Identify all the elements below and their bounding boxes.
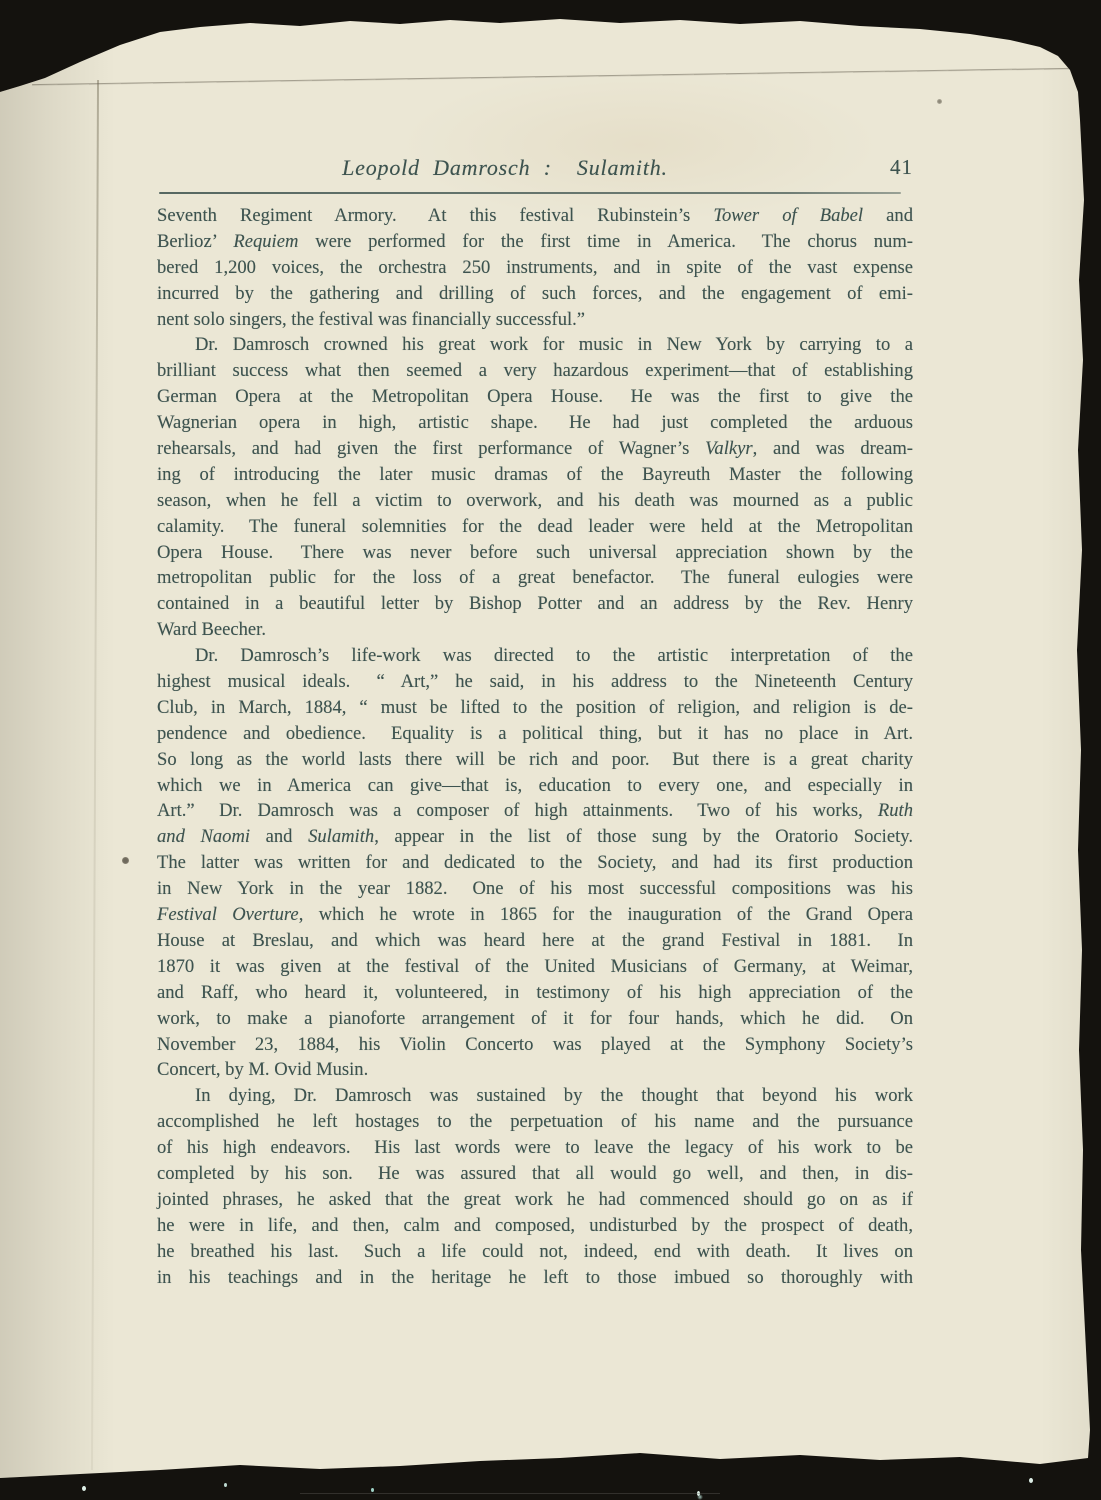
text-line: in New York in the year 1882. One of his… [157,876,913,902]
text-run: metropolitan public for the loss of a gr… [157,567,913,588]
text-line: calamity. The funeral solemnities for th… [157,514,913,540]
text-run: brilliant success what then seemed a ver… [157,360,913,381]
italic-text-run: Sulamith [308,826,374,847]
text-run: work, to make a pianoforte arrangement o… [157,1008,913,1029]
page-number: 41 [890,155,913,180]
text-run: highest musical ideals. “ Art,” he said,… [157,671,913,692]
text-line: incurred by the gathering and drilling o… [157,281,913,307]
text-run: jointed phrases, he asked that the great… [157,1189,913,1210]
text-line: Club, in March, 1884, “ must be lifted t… [157,695,913,721]
italic-text-run: Valkyr [705,438,753,459]
text-line: German Opera at the Metropolitan Opera H… [157,384,913,410]
text-run: calamity. The funeral solemnities for th… [157,516,913,537]
paper-crease [91,80,99,1470]
text-line: Dr. Damrosch’s life-work was directed to… [157,643,913,669]
text-run: Concert, by M. Ovid Musin. [157,1059,368,1080]
text-run: In dying, Dr. Damrosch was sustained by … [195,1085,913,1106]
text-line: which we in America can give—that is, ed… [157,773,913,799]
text-run: pendence and obedience. Equality is a po… [157,723,913,744]
scan-dust-speck [82,1486,86,1491]
text-line: ing of introducing the later music drama… [157,462,913,488]
text-run: which we in America can give—that is, ed… [157,775,913,796]
scan-background: Leopold Damrosch : Sulamith. 41 Seventh … [0,0,1101,1500]
text-run: November 23, 1884, his Violin Concerto w… [157,1034,913,1055]
scan-dust-speck [224,1483,227,1487]
text-run: Dr. Damrosch’s life-work was directed to… [195,645,913,666]
text-line: rehearsals, and had given the first perf… [157,436,913,462]
text-line: completed by his son. He was assured tha… [157,1161,913,1187]
text-run: Seventh Regiment Armory. At this festiva… [157,205,713,226]
scan-dust-speck [1029,1478,1033,1483]
text-line: The latter was written for and dedicated… [157,850,913,876]
header-rule [159,192,901,194]
text-body: Seventh Regiment Armory. At this festiva… [157,203,913,1290]
text-line: Wagnerian opera in high, artistic shape.… [157,410,913,436]
text-run: were performed for the first time in Ame… [298,231,913,252]
text-run: House at Breslau, and which was heard he… [157,930,913,951]
italic-text-run: Festival Overture [157,904,299,925]
italic-text-run: Ruth [878,800,913,821]
text-run: of his high endeavors. His last words we… [157,1137,913,1158]
paper-speck [937,99,942,104]
paragraph: In dying, Dr. Damrosch was sustained by … [157,1083,913,1290]
text-run: accomplished he left hostages to the per… [157,1111,913,1132]
paragraph: Dr. Damrosch crowned his great work for … [157,332,913,643]
text-run: Dr. Damrosch crowned his great work for … [195,334,913,355]
text-line: nent solo singers, the festival was fina… [157,307,913,333]
text-run: he were in life, and then, calm and comp… [157,1215,913,1236]
text-line: metropolitan public for the loss of a gr… [157,565,913,591]
italic-text-run: Requiem [233,231,298,252]
paragraph: Dr. Damrosch’s life-work was directed to… [157,643,913,1083]
text-line: of his high endeavors. His last words we… [157,1135,913,1161]
text-line: 1870 it was given at the festival of the… [157,954,913,980]
text-run: Ward Beecher. [157,619,266,640]
text-run: in his teachings and in the heritage he … [157,1267,913,1288]
scan-scratch [300,1493,720,1494]
text-line: accomplished he left hostages to the per… [157,1109,913,1135]
text-line: bered 1,200 voices, the orchestra 250 in… [157,255,913,281]
italic-text-run: and Naomi [157,826,250,847]
text-run: rehearsals, and had given the first perf… [157,438,705,459]
text-line: Dr. Damrosch crowned his great work for … [157,332,913,358]
text-run: ing of introducing the later music drama… [157,464,913,485]
text-run: The latter was written for and dedicated… [157,852,913,873]
text-run: contained in a beautiful letter by Bisho… [157,593,913,614]
text-line: he were in life, and then, calm and comp… [157,1213,913,1239]
text-line: Festival Overture, which he wrote in 186… [157,902,913,928]
text-run: completed by his son. He was assured tha… [157,1163,913,1184]
text-run: 1870 it was given at the festival of the… [157,956,913,977]
text-line: November 23, 1884, his Violin Concerto w… [157,1032,913,1058]
paragraph: Seventh Regiment Armory. At this festiva… [157,203,913,332]
margin-speck [122,857,129,864]
text-run: So long as the world lasts there will be… [157,749,913,770]
page-edge-line [32,68,1070,85]
text-line: pendence and obedience. Equality is a po… [157,721,913,747]
text-run: Opera House. There was never before such… [157,542,913,563]
text-run: , appear in the list of those sung by th… [374,826,913,847]
text-run: Art.” Dr. Damrosch was a composer of hig… [157,800,878,821]
text-run: season, when he fell a victim to overwor… [157,490,913,511]
text-line: jointed phrases, he asked that the great… [157,1187,913,1213]
text-run: Wagnerian opera in high, artistic shape.… [157,412,913,433]
text-line: House at Breslau, and which was heard he… [157,928,913,954]
text-line: brilliant success what then seemed a ver… [157,358,913,384]
text-run: bered 1,200 voices, the orchestra 250 in… [157,257,913,278]
text-run: incurred by the gathering and drilling o… [157,283,913,304]
text-run: and Raff, who heard it, volunteered, in … [157,982,913,1003]
text-run: and [863,205,913,226]
text-line: Art.” Dr. Damrosch was a composer of hig… [157,798,913,824]
running-header: Leopold Damrosch : Sulamith. 41 [157,155,913,189]
text-line: and Naomi and Sulamith, appear in the li… [157,824,913,850]
text-line: Seventh Regiment Armory. At this festiva… [157,203,913,229]
text-run: he breathed his last. Such a life could … [157,1241,913,1262]
text-line: work, to make a pianoforte arrangement o… [157,1006,913,1032]
page-title: Leopold Damrosch : Sulamith. [157,155,853,181]
scan-dust-speck [371,1488,374,1492]
text-line: Concert, by M. Ovid Musin. [157,1057,913,1083]
text-line: and Raff, who heard it, volunteered, in … [157,980,913,1006]
paper-page: Leopold Damrosch : Sulamith. 41 Seventh … [0,0,1101,1500]
text-line: Ward Beecher. [157,617,913,643]
italic-text-run: Tower of Babel [713,205,863,226]
text-line: Berlioz’ Requiem were performed for the … [157,229,913,255]
text-run: German Opera at the Metropolitan Opera H… [157,386,913,407]
text-line: In dying, Dr. Damrosch was sustained by … [157,1083,913,1109]
text-line: So long as the world lasts there will be… [157,747,913,773]
text-run: nent solo singers, the festival was fina… [157,309,585,330]
text-line: in his teachings and in the heritage he … [157,1265,913,1291]
text-run: Club, in March, 1884, “ must be lifted t… [157,697,913,718]
text-run: and [250,826,308,847]
text-line: he breathed his last. Such a life could … [157,1239,913,1265]
text-run: , and was dream- [753,438,913,459]
text-run: in New York in the year 1882. One of his… [157,878,913,899]
text-run: Berlioz’ [157,231,233,252]
text-line: season, when he fell a victim to overwor… [157,488,913,514]
text-line: contained in a beautiful letter by Bisho… [157,591,913,617]
text-line: Opera House. There was never before such… [157,540,913,566]
text-line: highest musical ideals. “ Art,” he said,… [157,669,913,695]
text-run: , which he wrote in 1865 for the inaugur… [299,904,913,925]
